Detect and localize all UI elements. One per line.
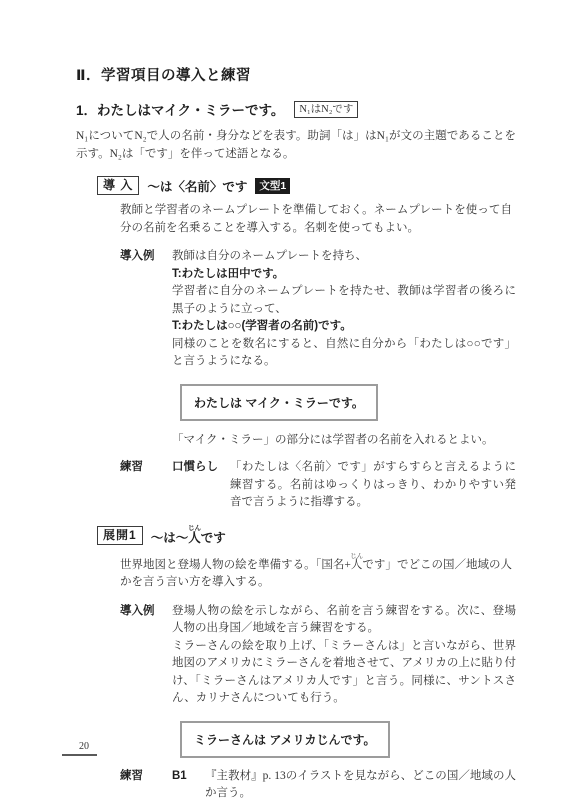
sentence-note: 「マイク・ミラー」の部分には学習者の名前を入れるとよい。 — [172, 432, 516, 450]
example-paragraph: 登場人物の絵を示しながら、名前を言う練習をする。次に、登場人物の出身国／地域を言… — [172, 603, 516, 638]
practice-text: 「わたしは〈名前〉です」がすらすらと言えるように練習する。名前はゆっくりはっきり… — [230, 459, 516, 512]
donyu-section: 導 入 ～は〈名前〉です 文型1 教師と学習者のネームプレートを準備しておく。ネ… — [97, 176, 516, 512]
desc-before: 世界地図と登場人物の絵を準備する。「国名+ — [120, 559, 351, 571]
sentence-box-wrap: ミラーさんは アメリカじんです。 — [180, 721, 516, 758]
teacher-utterance: T:わたしは○○(学習者の名前)です。 — [172, 318, 516, 336]
practice-text: 『主教材』p. 13のイラストを見ながら、どこの国／地域の人か言う。 — [205, 768, 516, 799]
page-number-wrap: 20 — [62, 736, 97, 756]
chapter-heading: Ⅱ．学習項目の導入と練習 — [76, 64, 516, 85]
tenkai-header: 展開1 ～は～人じんです — [97, 525, 516, 546]
section-heading: 1． わたしはマイク・ミラーです。 N₁はN₂です — [76, 99, 516, 119]
example-line: 学習者に自分のネームプレートを持たせ、教師は学習者の後ろに黒子のように立って、 — [172, 283, 516, 318]
donyu-title: ～は〈名前〉です — [147, 177, 247, 195]
tenkai-section: 展開1 ～は～人じんです 世界地図と登場人物の絵を準備する。「国名+人じんです」… — [97, 525, 516, 799]
tenkai-title: ～は～人じんです — [151, 525, 226, 546]
example-content: 登場人物の絵を示しながら、名前を言う練習をする。次に、登場人物の出身国／地域を言… — [172, 603, 516, 708]
donyu-label-box: 導 入 — [97, 176, 139, 195]
tenkai-example-row: 導入例 登場人物の絵を示しながら、名前を言う練習をする。次に、登場人物の出身国／… — [120, 603, 516, 708]
donyu-example-row: 導入例 教師は自分のネームプレートを持ち、 T:わたしは田中です。 学習者に自分… — [120, 248, 516, 371]
sentence-box-wrap: わたしは マイク・ミラーです。 — [180, 384, 516, 421]
ruby-jin: 人じん — [351, 559, 363, 571]
practice-row: 練習 口慣らし 「わたしは〈名前〉です」がすらすらと言えるように練習する。名前は… — [120, 459, 516, 512]
page-number: 20 — [62, 741, 97, 756]
donyu-header: 導 入 ～は〈名前〉です 文型1 — [97, 176, 516, 195]
tenkai-title-prefix: ～は～ — [151, 531, 189, 545]
teacher-utterance: T:わたしは田中です。 — [172, 266, 516, 284]
model-sentence-box: わたしは マイク・ミラーです。 — [180, 384, 378, 421]
ruby-base: 人 — [188, 531, 201, 545]
book-page: Ⅱ．学習項目の導入と練習 1． わたしはマイク・ミラーです。 N₁はN₂です N… — [0, 0, 572, 799]
donyu-description: 教師と学習者のネームプレートを準備しておく。ネームプレートを使って自分の名前を名… — [120, 202, 512, 237]
tenkai-description: 世界地図と登場人物の絵を準備する。「国名+人じんです」でどこの国／地域の人かを言… — [120, 553, 512, 592]
bunkei-badge: 文型1 — [255, 178, 290, 194]
ruby-text: じん — [350, 553, 363, 560]
example-line: 同様のことを数名にすると、自然に自分から「わたしは○○です」と言うようになる。 — [172, 336, 516, 371]
model-sentence-box: ミラーさんは アメリカじんです。 — [180, 721, 390, 758]
practice-label: 練習 — [120, 768, 172, 799]
ruby-text: じん — [188, 525, 201, 532]
practice-type: B1 — [172, 768, 205, 799]
example-paragraph: ミラーさんの絵を取り上げ、「ミラーさんは」と言いながら、世界地図のアメリカにミラ… — [172, 638, 516, 708]
practice-row: 練習 B1 『主教材』p. 13のイラストを見ながら、どこの国／地域の人か言う。 — [120, 768, 516, 799]
practice-label: 練習 — [120, 459, 172, 512]
example-label: 導入例 — [120, 603, 172, 708]
practice-type: 口慣らし — [172, 459, 230, 512]
section-title: わたしはマイク・ミラーです。 — [97, 99, 284, 119]
section-number: 1． — [76, 99, 97, 119]
grammar-explanation: N₁についてN₂で人の名前・身分などを表す。助詞「は」はN₁が文の主題であること… — [76, 128, 516, 163]
example-label: 導入例 — [120, 248, 172, 371]
sentence-pattern-box: N₁はN₂です — [294, 101, 358, 118]
tenkai-label-box: 展開1 — [97, 526, 143, 545]
ruby-jin: 人じん — [188, 531, 201, 545]
page-content: Ⅱ．学習項目の導入と練習 1． わたしはマイク・ミラーです。 N₁はN₂です N… — [76, 64, 516, 799]
example-content: 教師は自分のネームプレートを持ち、 T:わたしは田中です。 学習者に自分のネーム… — [172, 248, 516, 371]
example-line: 教師は自分のネームプレートを持ち、 — [172, 248, 516, 266]
tenkai-title-suffix: です — [201, 531, 226, 545]
